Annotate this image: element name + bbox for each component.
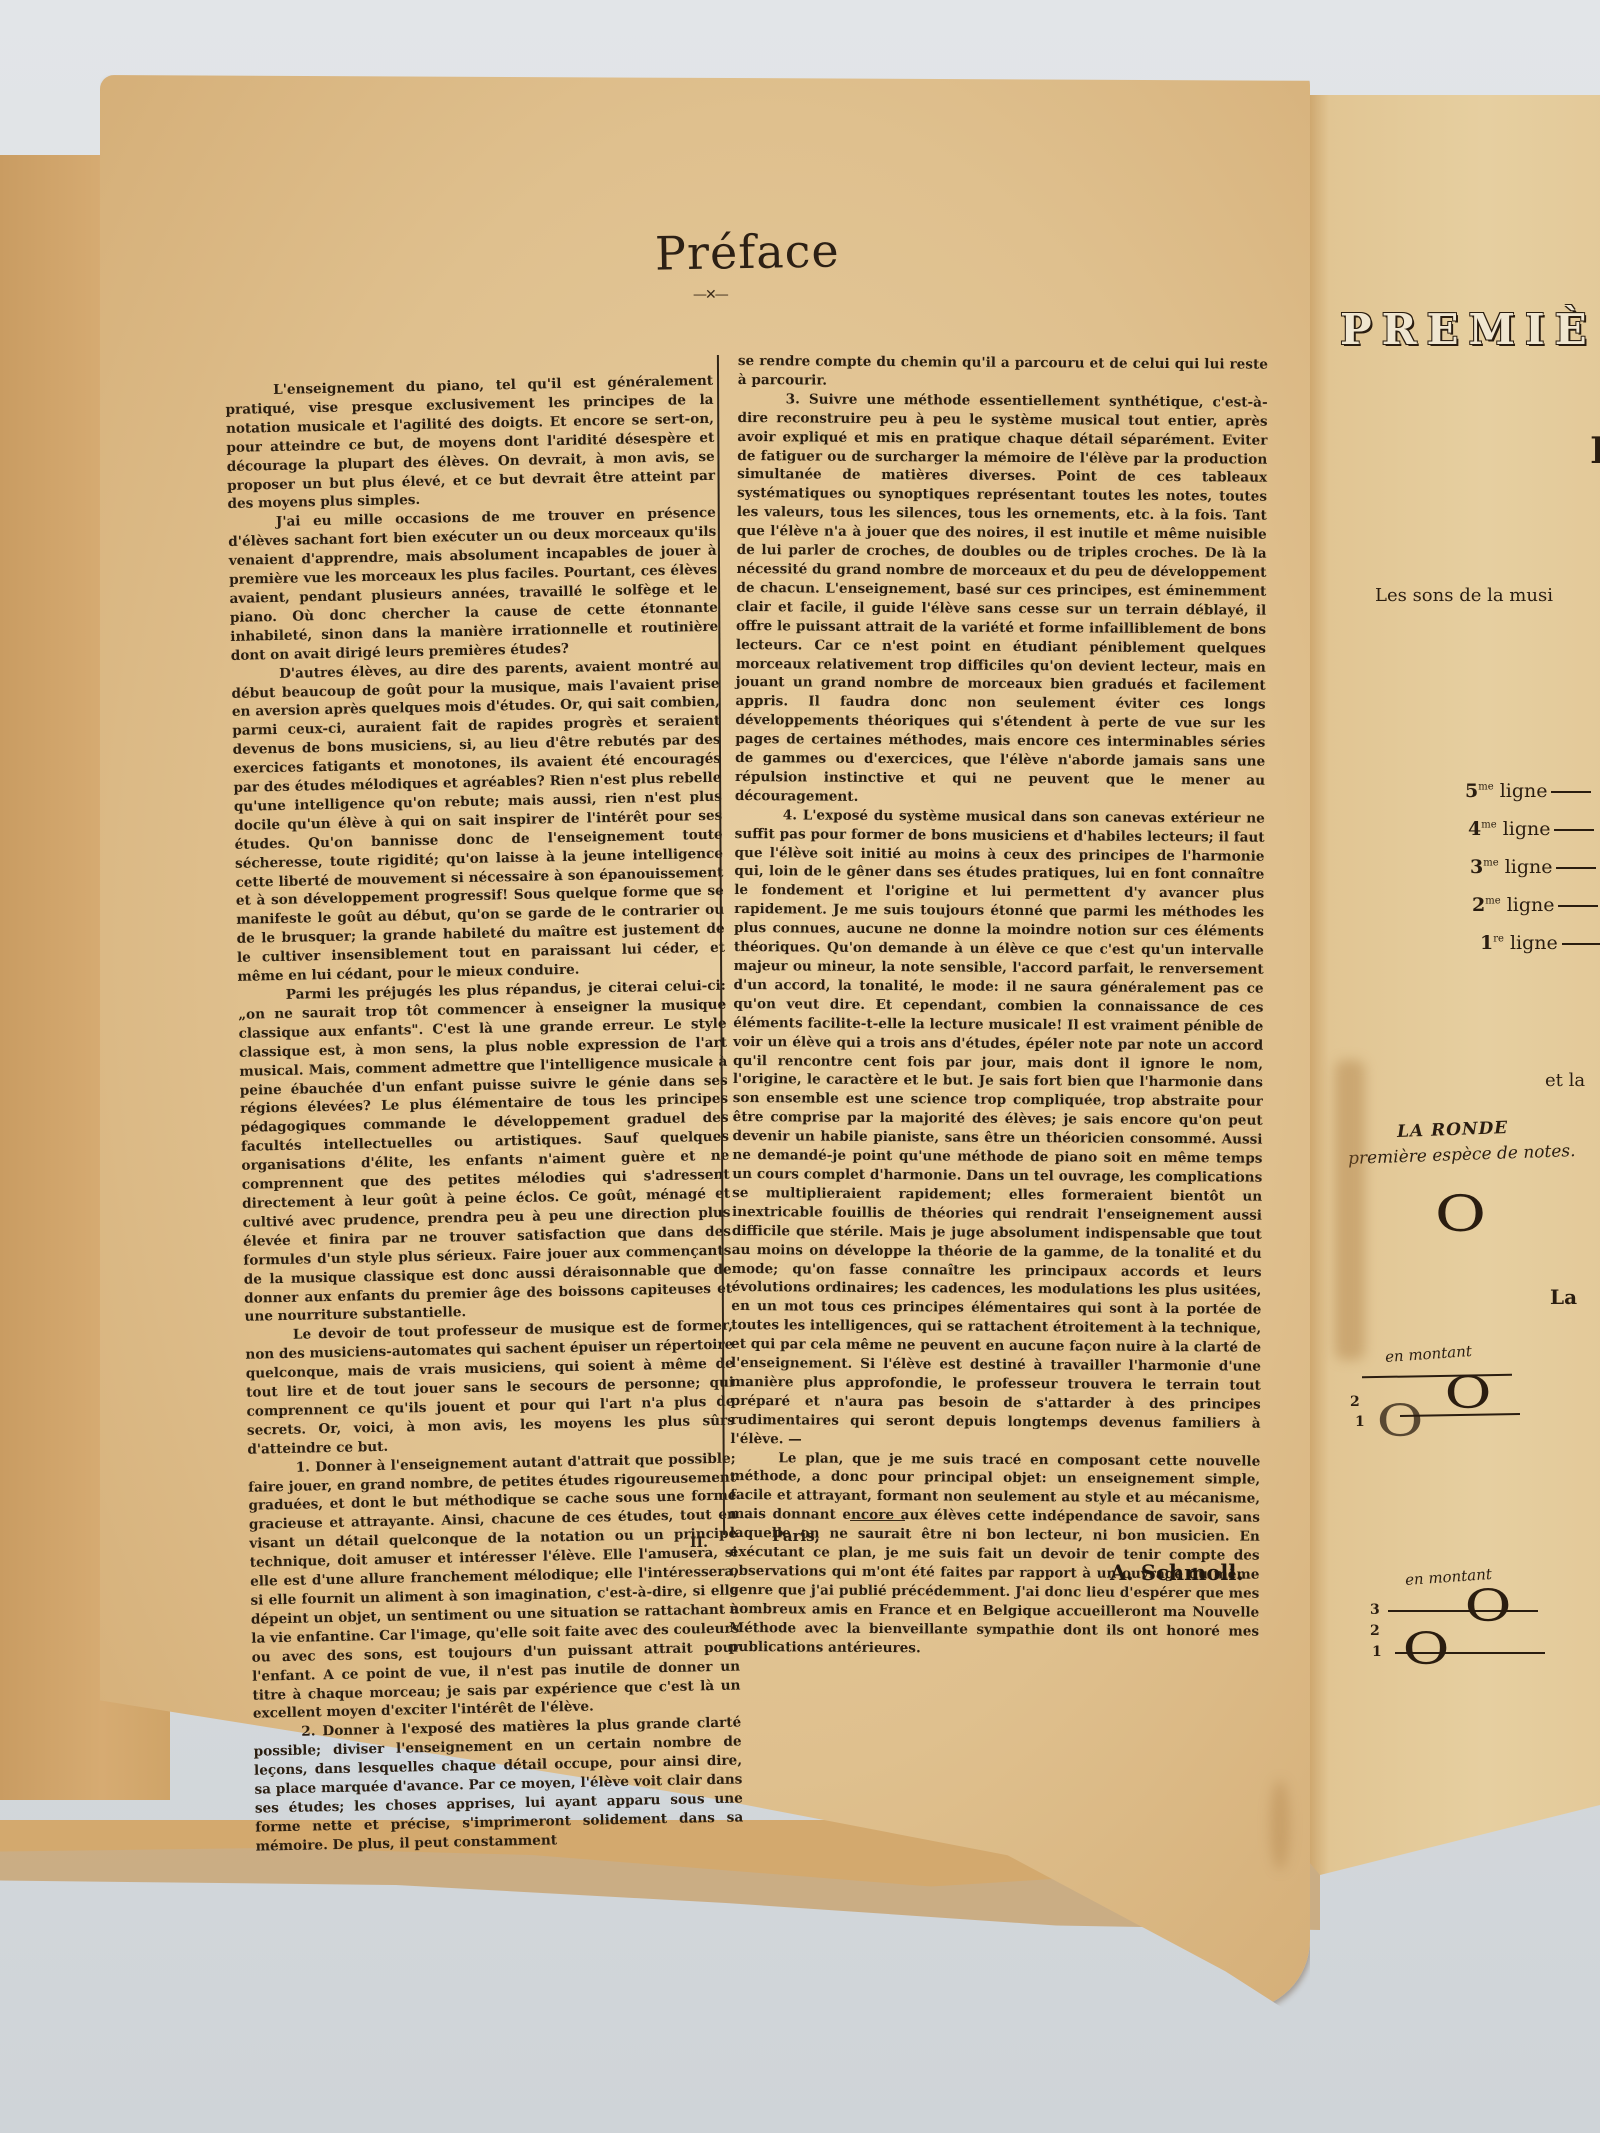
whole-note-icon: O: [1377, 1400, 1424, 1444]
staff-line: [1554, 829, 1594, 831]
staff-line: [1562, 943, 1600, 945]
paragraph: L'enseignement du piano, tel qu'il est g…: [225, 372, 716, 515]
whole-note-icon: O: [1465, 1585, 1512, 1629]
staff-lines-legend: 5me ligne 4me ligne 3me ligne 2me ligne …: [1460, 780, 1600, 970]
whole-note-icon: O: [1403, 1628, 1450, 1672]
paragraph: Le devoir de tout professeur de musique …: [245, 1317, 736, 1460]
signature-name: A. Schmoll.: [1110, 1560, 1244, 1585]
staff-number: 2: [1370, 1624, 1380, 1638]
staff-line-label: 2me ligne: [1472, 894, 1600, 932]
right-page-title: PREMIÈ: [1340, 305, 1597, 354]
paragraph-point-4: 4. L'exposé du système musical dans son …: [730, 806, 1264, 1452]
staff-line: [1556, 867, 1596, 869]
paragraph: D'autres élèves, au dire des parents, av…: [231, 655, 726, 987]
staff-line: [1558, 905, 1598, 907]
paragraph-point-1: 1. Donner à l'enseignement autant d'attr…: [248, 1449, 741, 1724]
staff-number: 3: [1370, 1603, 1380, 1617]
signature-rule: [850, 1520, 905, 1521]
staff-number: 1: [1355, 1415, 1365, 1429]
title-ornament: —✕—: [693, 287, 727, 303]
paragraph: J'ai eu mille occasions de me trouver en…: [228, 504, 719, 665]
paragraph-plan: Le plan, que je me suis tracé en composa…: [729, 1449, 1260, 1661]
staff-line: [1388, 1610, 1538, 1612]
paragraph: Parmi les préjugés les plus répandus, je…: [238, 977, 733, 1327]
page-number: II.: [690, 1535, 708, 1551]
paragraph-continuation: se rendre compte du chemin qu'il a parco…: [738, 352, 1268, 394]
right-page-subtitle: L: [1590, 430, 1600, 472]
ronde-heading: LA RONDE: [1397, 1118, 1509, 1142]
signature-place: Paris,: [772, 1527, 820, 1545]
right-page: [1305, 95, 1600, 1875]
staff-line-label: 4me ligne: [1468, 818, 1600, 856]
whole-note-icon: O: [1445, 1372, 1492, 1416]
staff-line: [1551, 791, 1591, 793]
page-title: Préface: [655, 223, 841, 280]
text-column-left: L'enseignement du piano, tel qu'il est g…: [225, 372, 744, 1857]
paragraph-point-3: 3. Suivre une méthode essentiellement sy…: [735, 390, 1268, 810]
staff-number: 1: [1372, 1645, 1382, 1659]
right-page-text-fragment: et la: [1545, 1070, 1585, 1091]
staff-number: 2: [1350, 1395, 1360, 1409]
whole-note-icon: O: [1435, 1185, 1486, 1243]
paper-stain: [1335, 1060, 1365, 1360]
right-page-text-fragment-la: La: [1550, 1285, 1577, 1309]
right-page-intro: Les sons de la musi: [1375, 585, 1553, 606]
text-column-right: se rendre compte du chemin qu'il a parco…: [729, 352, 1268, 1660]
staff-line-label: 3me ligne: [1470, 856, 1600, 894]
paragraph-point-2: 2. Donner à l'exposé des matières la plu…: [253, 1714, 744, 1857]
staff-line-label: 1re ligne: [1480, 932, 1600, 970]
paper-stain: [1270, 1780, 1290, 1870]
staff-line-label: 5me ligne: [1465, 780, 1600, 818]
